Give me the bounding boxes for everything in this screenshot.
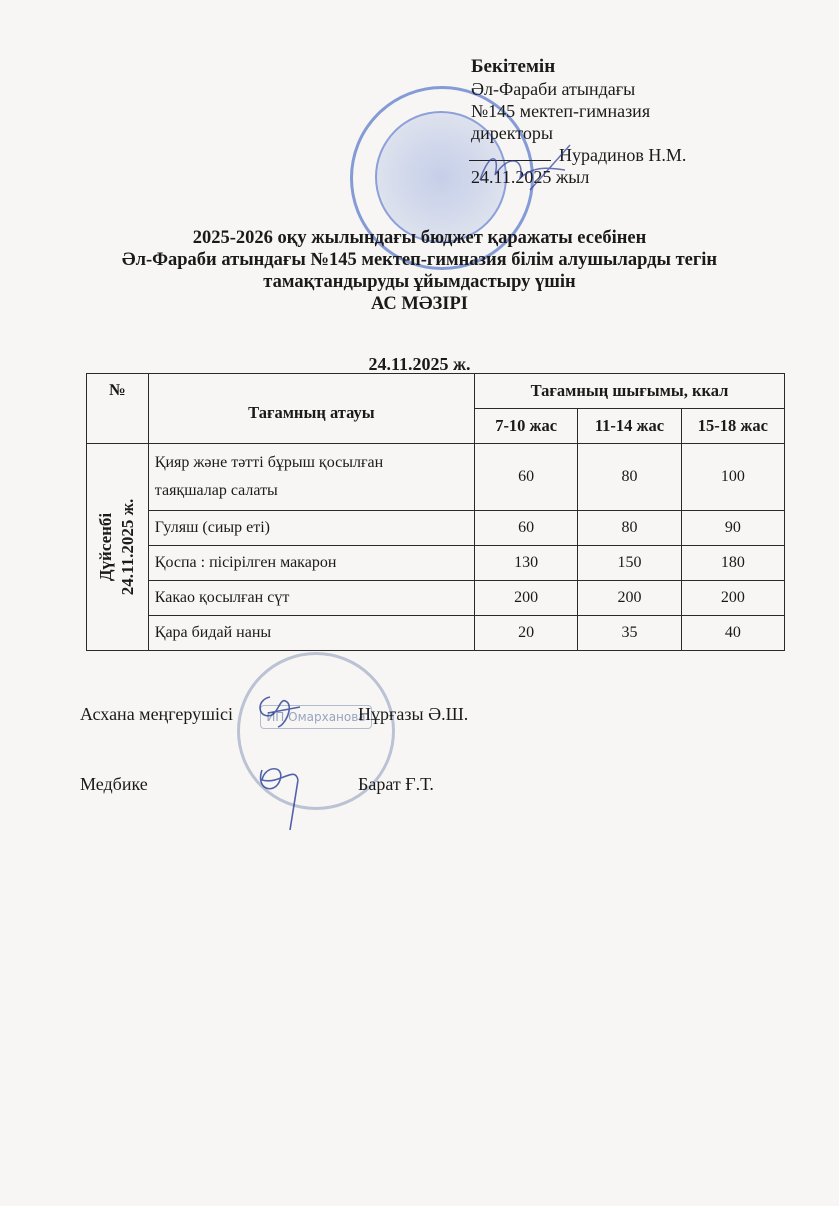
- dish-name: Какао қосылған сүт: [148, 581, 474, 616]
- kcal-7-10: 60: [474, 511, 577, 546]
- director-name: Нурадинов Н.М.: [559, 145, 686, 165]
- col-dish-name-header: Тағамның атауы: [148, 374, 474, 444]
- table-row: Гуляш (сиыр еті) 60 80 90: [87, 511, 785, 546]
- col-number-header: №: [87, 374, 149, 444]
- day-label: Дүйсенбі: [95, 499, 117, 595]
- dish-name: Қоспа : пісірілген макарон: [148, 546, 474, 581]
- kcal-11-14: 150: [578, 546, 681, 581]
- kcal-15-18: 90: [681, 511, 784, 546]
- dish-name: Қара бидай наны: [148, 616, 474, 651]
- table-row: Дүйсенбі 24.11.2025 ж. Қияр және тәтті б…: [87, 444, 785, 511]
- table-row: Какао қосылған сүт 200 200 200: [87, 581, 785, 616]
- nurse-signature-icon: [250, 755, 330, 835]
- kcal-15-18: 200: [681, 581, 784, 616]
- table-row: Қара бидай наны 20 35 40: [87, 616, 785, 651]
- approval-line2: №145 мектеп-гимназия: [471, 100, 686, 122]
- canteen-head-name: Нұрғазы Ә.Ш.: [358, 704, 468, 725]
- kcal-7-10: 60: [474, 444, 577, 511]
- heading-line1: 2025-2026 оқу жылындағы бюджет қаражаты …: [0, 227, 839, 249]
- menu-table: № Тағамның атауы Тағамның шығымы, ккал 7…: [86, 373, 785, 651]
- kcal-7-10: 20: [474, 616, 577, 651]
- col-age-11-14: 11-14 жас: [578, 409, 681, 444]
- approval-title: Бекітемін: [471, 56, 686, 78]
- heading-line2: Әл-Фараби атындағы №145 мектеп-гимназия …: [0, 249, 839, 271]
- canteen-head-role: Асхана меңгерушісі: [80, 704, 360, 725]
- kcal-15-18: 180: [681, 546, 784, 581]
- kcal-11-14: 80: [578, 511, 681, 546]
- kcal-7-10: 130: [474, 546, 577, 581]
- signature-row-nurse: Медбике Барат Ғ.Т.: [80, 774, 360, 795]
- kcal-15-18: 40: [681, 616, 784, 651]
- heading-menu-title: АС МӘЗІРІ: [0, 293, 839, 315]
- approval-date: 24.11.2025 жыл: [471, 166, 686, 188]
- kcal-15-18: 100: [681, 444, 784, 511]
- kcal-11-14: 35: [578, 616, 681, 651]
- dish-name: Қияр және тәтті бұрыш қосылғантаяқшалар …: [148, 444, 474, 511]
- document-heading: 2025-2026 оқу жылындағы бюджет қаражаты …: [0, 227, 839, 315]
- dish-name: Гуляш (сиыр еті): [148, 511, 474, 546]
- approval-block: Бекітемін Әл-Фараби атындағы №145 мектеп…: [471, 56, 686, 188]
- col-age-15-18: 15-18 жас: [681, 409, 784, 444]
- nurse-name: Барат Ғ.Т.: [358, 774, 434, 795]
- approval-line3: директоры: [471, 122, 686, 144]
- nurse-role: Медбике: [80, 774, 360, 795]
- day-cell: Дүйсенбі 24.11.2025 ж.: [87, 444, 149, 651]
- kcal-11-14: 80: [578, 444, 681, 511]
- col-age-7-10: 7-10 жас: [474, 409, 577, 444]
- approval-line1: Әл-Фараби атындағы: [471, 78, 686, 100]
- menu-date: 24.11.2025 ж.: [0, 354, 839, 375]
- day-date: 24.11.2025 ж.: [117, 499, 139, 595]
- signature-row-canteen: Асхана меңгерушісі Нұрғазы Ә.Ш.: [80, 704, 360, 725]
- col-output-header: Тағамның шығымы, ккал: [474, 374, 784, 409]
- heading-line3: тамақтандыруды ұйымдастыру үшін: [0, 271, 839, 293]
- signature-line: [469, 146, 551, 161]
- table-row: Қоспа : пісірілген макарон 130 150 180: [87, 546, 785, 581]
- kcal-7-10: 200: [474, 581, 577, 616]
- kcal-11-14: 200: [578, 581, 681, 616]
